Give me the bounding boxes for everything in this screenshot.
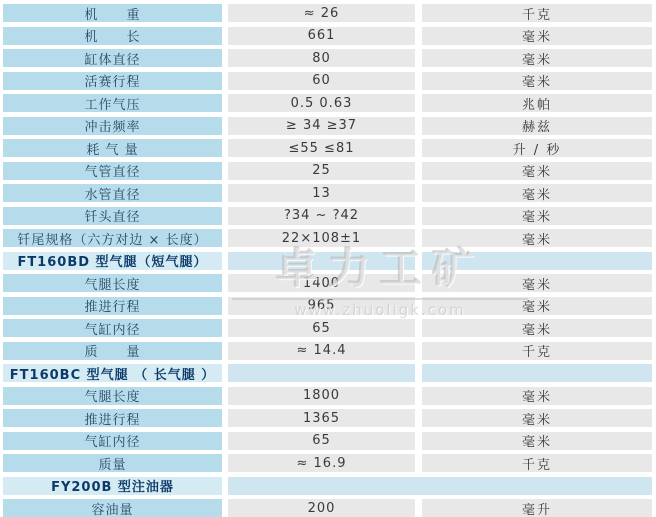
row-value: 80 [228, 49, 415, 67]
table-row: 水管直径13毫米 [3, 184, 652, 202]
row-value: 65 [228, 319, 415, 337]
table-row: 机 重≈ 26千克 [3, 4, 652, 22]
table-row: 钎尾规格（六方对边 × 长度）22×108±1毫米 [3, 229, 652, 247]
row-value: ≈ 26 [228, 4, 415, 22]
row-value: ?34 ~ ?42 [228, 207, 415, 225]
row-label: 钎头直径 [3, 207, 222, 225]
section-header-row: FT160BD 型气腿（短气腿） [3, 252, 652, 270]
row-value: ≥ 34 ≥37 [228, 117, 415, 135]
row-label: 容油量 [3, 499, 222, 517]
row-value: ≤55 ≤81 [228, 139, 415, 157]
table-row: 冲击频率≥ 34 ≥37赫兹 [3, 117, 652, 135]
row-label: 质 量 [3, 342, 222, 360]
row-label: 工作气压 [3, 94, 222, 112]
table-row: 气腿长度1800毫米 [3, 387, 652, 405]
row-label: 机 长 [3, 27, 222, 45]
table-row: 钎头直径?34 ~ ?42毫米 [3, 207, 652, 225]
section-header-row: FT160BC 型气腿 （ 长气腿 ） [3, 364, 652, 382]
table-row: 气缸内径65毫米 [3, 432, 652, 450]
table-row: 质量≈ 16.9千克 [3, 454, 652, 472]
row-value: 661 [228, 27, 415, 45]
row-unit: 毫米 [422, 409, 652, 427]
row-label: 推进行程 [3, 409, 222, 427]
row-unit: 千克 [422, 454, 652, 472]
row-label: 推进行程 [3, 297, 222, 315]
row-unit: 赫兹 [422, 117, 652, 135]
row-value: 25 [228, 162, 415, 180]
table-row: 容油量200毫升 [3, 499, 652, 517]
row-label: 气缸内径 [3, 432, 222, 450]
row-label: 活赛行程 [3, 72, 222, 90]
table-row: 气缸内径65毫米 [3, 319, 652, 337]
row-label: 气缸内径 [3, 319, 222, 337]
row-unit: 毫米 [422, 229, 652, 247]
table-row: 耗 气 量≤55 ≤81升 / 秒 [3, 139, 652, 157]
row-label: 机 重 [3, 4, 222, 22]
row-value: 60 [228, 72, 415, 90]
row-value [228, 252, 415, 270]
table-row: 工作气压0.5 0.63兆帕 [3, 94, 652, 112]
row-unit: 毫升 [422, 499, 652, 517]
row-value [228, 364, 415, 382]
table-row: 推进行程1365毫米 [3, 409, 652, 427]
row-unit [422, 252, 652, 270]
row-unit: 毫米 [422, 387, 652, 405]
row-value: 22×108±1 [228, 229, 415, 247]
table-row: 气腿长度1400毫米 [3, 274, 652, 292]
row-unit: 兆帕 [422, 94, 652, 112]
section-title: FT160BC 型气腿 （ 长气腿 ） [3, 364, 222, 382]
row-unit: 毫米 [422, 432, 652, 450]
row-value: 65 [228, 432, 415, 450]
row-unit: 升 / 秒 [422, 139, 652, 157]
section-title: FT160BD 型气腿（短气腿） [3, 252, 222, 270]
row-unit: 毫米 [422, 319, 652, 337]
row-unit: 千克 [422, 342, 652, 360]
row-value: ≈ 14.4 [228, 342, 415, 360]
row-unit: 千克 [422, 4, 652, 22]
row-unit: 毫米 [422, 297, 652, 315]
table-row: 活赛行程60毫米 [3, 72, 652, 90]
table-row: 缸体直径80毫米 [3, 49, 652, 67]
section-title: FY200B 型注油器 [3, 477, 222, 495]
table-row: 气管直径25毫米 [3, 162, 652, 180]
row-label: 钎尾规格（六方对边 × 长度） [3, 229, 222, 247]
row-value: 13 [228, 184, 415, 202]
row-unit: 毫米 [422, 49, 652, 67]
row-unit: 毫米 [422, 27, 652, 45]
row-unit: 毫米 [422, 207, 652, 225]
row-unit: 毫米 [422, 72, 652, 90]
row-label: 气管直径 [3, 162, 222, 180]
spec-table: 机 重≈ 26千克机 长661毫米缸体直径80毫米活赛行程60毫米工作气压0.5… [3, 4, 652, 517]
table-row: 质 量≈ 14.4千克 [3, 342, 652, 360]
row-label: 气腿长度 [3, 387, 222, 405]
section-header-row: FY200B 型注油器 [3, 477, 652, 495]
row-label: 耗 气 量 [3, 139, 222, 157]
table-row: 机 长661毫米 [3, 27, 652, 45]
row-value: 965 [228, 297, 415, 315]
row-value: 0.5 0.63 [228, 94, 415, 112]
row-unit: 毫米 [422, 274, 652, 292]
section-filler-cell [228, 477, 652, 495]
row-unit: 毫米 [422, 162, 652, 180]
table-row: 推进行程965毫米 [3, 297, 652, 315]
row-label: 气腿长度 [3, 274, 222, 292]
row-value: 1365 [228, 409, 415, 427]
row-value: 1800 [228, 387, 415, 405]
row-label: 缸体直径 [3, 49, 222, 67]
row-label: 水管直径 [3, 184, 222, 202]
row-unit: 毫米 [422, 184, 652, 202]
row-unit [422, 364, 652, 382]
row-value: ≈ 16.9 [228, 454, 415, 472]
row-value: 1400 [228, 274, 415, 292]
row-value: 200 [228, 499, 415, 517]
row-label: 冲击频率 [3, 117, 222, 135]
row-label: 质量 [3, 454, 222, 472]
